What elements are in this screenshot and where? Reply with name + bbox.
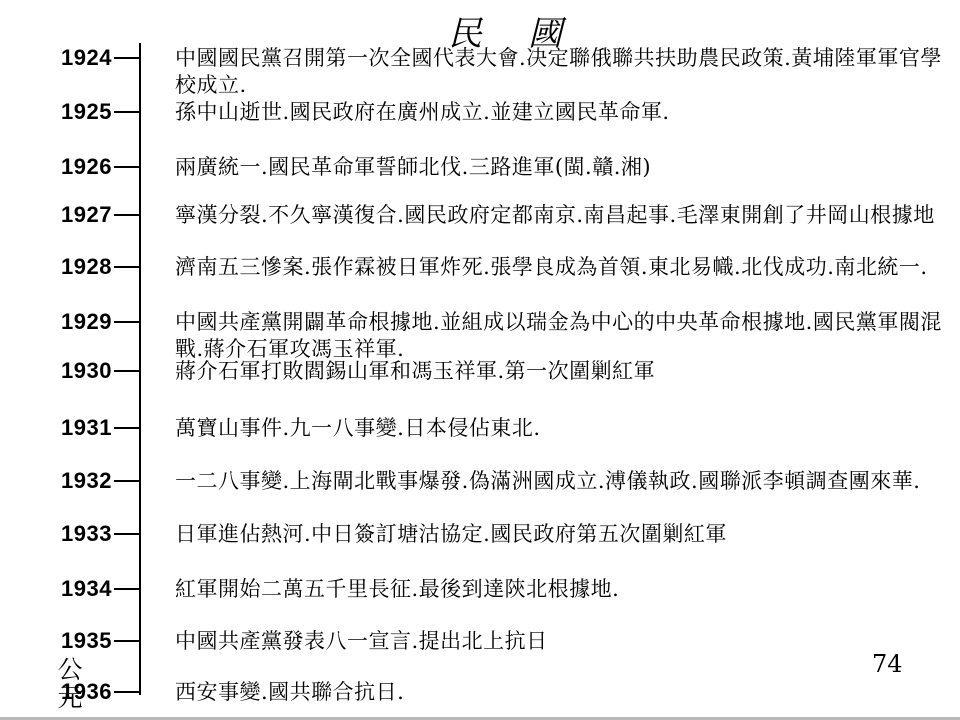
event-text: 中國共產黨開闢革命根據地.並組成以瑞金為中心的中央革命根據地.國民黨軍閥混戰.蔣… <box>175 309 947 363</box>
event-text: 紅軍開始二萬五千里長征.最後到達陝北根據地. <box>175 576 947 603</box>
tick-mark <box>114 370 140 372</box>
timeline-slide: 民 國 1924 中國國民黨召開第一次全國代表大會.决定聯俄聯共扶助農民政策.黃… <box>0 0 960 720</box>
event-text: 日軍進佔熱河.中日簽訂塘沽協定.國民政府第五次圍剿紅軍 <box>175 521 947 548</box>
page-number: 74 <box>872 650 903 678</box>
year-label: 1935 <box>0 628 112 654</box>
era-label: 公 元 <box>55 656 85 712</box>
tick-mark <box>114 266 140 268</box>
year-label: 1930 <box>0 358 112 384</box>
year-label: 1931 <box>0 415 112 441</box>
year-label: 1926 <box>0 154 112 180</box>
tick-mark <box>114 214 140 216</box>
tick-mark <box>114 427 140 429</box>
year-label: 1929 <box>0 309 112 335</box>
tick-mark <box>114 533 140 535</box>
tick-mark <box>114 321 140 323</box>
year-label: 1924 <box>0 45 112 71</box>
year-label: 1932 <box>0 468 112 494</box>
timeline-axis-line <box>139 43 141 695</box>
event-text: 中國國民黨召開第一次全國代表大會.决定聯俄聯共扶助農民政策.黃埔陸軍軍官學校成立… <box>175 45 947 99</box>
event-text: 兩廣統一.國民革命軍誓師北伐.三路進軍(閩.贛.湘) <box>175 154 947 181</box>
year-label: 1933 <box>0 521 112 547</box>
tick-mark <box>114 480 140 482</box>
tick-mark <box>114 588 140 590</box>
year-label: 1928 <box>0 254 112 280</box>
event-text: 萬寶山事件.九一八事變.日本侵佔東北. <box>175 415 947 442</box>
tick-mark <box>114 166 140 168</box>
year-label: 1934 <box>0 576 112 602</box>
event-text: 寧漢分裂.不久寧漢復合.國民政府定都南京.南昌起事.毛澤東開創了井岡山根據地 <box>175 202 947 229</box>
event-text: 濟南五三慘案.張作霖被日軍炸死.張學良成為首領.東北易幟.北伐成功.南北統一. <box>175 254 947 281</box>
tick-mark <box>114 640 140 642</box>
event-text: 蔣介石軍打敗閻錫山軍和馮玉祥軍.第一次圍剿紅軍 <box>175 358 947 385</box>
tick-mark <box>114 691 140 693</box>
tick-mark <box>114 57 140 59</box>
tick-mark <box>114 111 140 113</box>
year-label: 1927 <box>0 202 112 228</box>
event-text: 西安事變.國共聯合抗日. <box>175 679 947 706</box>
event-text: 孫中山逝世.國民政府在廣州成立.並建立國民革命軍. <box>175 99 947 126</box>
year-label: 1925 <box>0 99 112 125</box>
event-text: 一二八事變.上海閘北戰事爆發.偽滿洲國成立.溥儀執政.國聯派李頓調查團來華. <box>175 468 947 495</box>
event-text: 中國共產黨發表八一宣言.提出北上抗日 <box>175 628 947 655</box>
